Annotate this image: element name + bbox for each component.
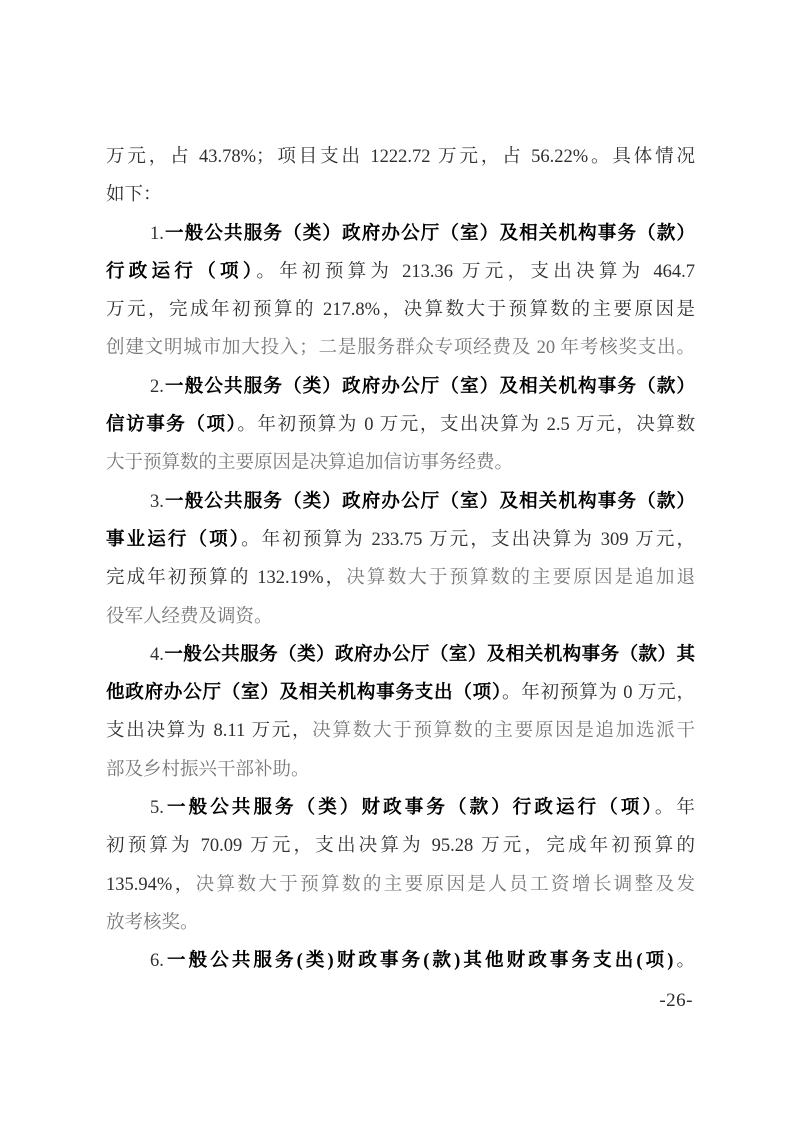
paragraph-item-5: 5.一般公共服务（类）财政事务（款）行政运行（项）。年初预算为 70.09 万元…: [106, 789, 695, 942]
paragraph-item-2: 2.一般公共服务（类）政府办公厅（室）及相关机构事务（款）信访事务（项）。年初预…: [106, 368, 695, 483]
text-run: 4.: [150, 645, 164, 665]
text-run: 6.: [150, 951, 164, 971]
text-line: 信访事务（项）。年初预算为 0 万元，支出决算为 2.5 万元，决算数: [106, 406, 695, 444]
heading-run: 一般公共服务（类）政府办公厅（室）及相关机构事务（款）: [164, 377, 695, 397]
document-page: 万元，占 43.78%；项目支出 1222.72 万元，占 56.22%。具体情…: [0, 0, 793, 1122]
heading-run: 一般公共服务(类)财政事务(款)其他财政事务支出(项): [164, 951, 674, 971]
text-run: 3.: [150, 492, 164, 512]
heading-run: 行政运行（项）: [106, 262, 256, 282]
text-line: 初预算为 70.09 万元，支出决算为 95.28 万元，完成年初预算的: [106, 827, 695, 865]
paragraph-item-1: 1.一般公共服务（类）政府办公厅（室）及相关机构事务（款）行政运行（项）。年初预…: [106, 215, 695, 368]
text-line: 大于预算数的主要原因是决算追加信访事务经费。: [106, 444, 695, 482]
text-run: 5.: [150, 798, 164, 818]
text-line: 2.一般公共服务（类）政府办公厅（室）及相关机构事务（款）: [106, 368, 695, 406]
heading-run: 一般公共服务（类）财政事务（款）行政运行（项）: [164, 798, 655, 818]
text-run: 。年初预算为 213.36 万元，支出决算为 464.7: [256, 262, 695, 282]
heading-run: 一般公共服务（类）政府办公厅（室）及相关机构事务（款）: [164, 224, 695, 244]
text-line: 5.一般公共服务（类）财政事务（款）行政运行（项）。年: [106, 789, 695, 827]
text-run: 1.: [150, 224, 164, 244]
text-run: 支出决算为 8.11 万元，: [106, 721, 312, 741]
text-run: 决算数大于预算数的主要原因是追加退: [346, 568, 695, 588]
text-line: 创建文明城市加大投入；二是服务群众专项经费及 20 年考核奖支出。: [106, 329, 695, 367]
paragraph-continuation: 万元，占 43.78%；项目支出 1222.72 万元，占 56.22%。具体情…: [106, 138, 695, 215]
text-run: 创建文明城市加大投入；二是服务群众专项经费及 20 年考核奖支出。: [106, 338, 695, 358]
text-line: 放考核奖。: [106, 904, 695, 942]
text-line: 万元，占 43.78%；项目支出 1222.72 万元，占 56.22%。具体情…: [106, 138, 695, 176]
text-line: 他政府办公厅（室）及相关机构事务支出（项）。年初预算为 0 万元，: [106, 674, 695, 712]
text-run: 。年初预算为 0 万元，支出决算为 2.5 万元，决算数: [237, 415, 695, 435]
text-line: 支出决算为 8.11 万元，决算数大于预算数的主要原因是追加选派干: [106, 712, 695, 750]
text-run: 决算数大于预算数的主要原因是人员工资增长调整及发: [196, 875, 695, 895]
text-run: 放考核奖。: [106, 913, 199, 933]
page-number: -26-: [659, 988, 693, 1014]
text-run: 。年初预算为 0 万元，: [502, 683, 695, 703]
text-run: 2.: [150, 377, 164, 397]
text-run: 初预算为 70.09 万元，支出决算为 95.28 万元，完成年初预算的: [106, 836, 695, 856]
text-run: 135.94%，: [106, 875, 196, 895]
paragraph-item-4: 4.一般公共服务（类）政府办公厅（室）及相关机构事务（款）其他政府办公厅（室）及…: [106, 636, 695, 789]
text-run: 完成年初预算的 132.19%，: [106, 568, 346, 588]
heading-run: 事业运行（项）: [106, 530, 241, 550]
heading-run: 他政府办公厅（室）及相关机构事务支出（项）: [106, 683, 502, 703]
text-line: 役军人经费及调资。: [106, 598, 695, 636]
text-line: 部及乡村振兴干部补助。: [106, 751, 695, 789]
text-run: 万元，完成年初预算的 217.8%，决算数大于预算数的主要原因是: [106, 300, 695, 320]
text-run: 大于预算数的主要原因是决算追加信访事务经费。: [106, 453, 513, 473]
heading-run: 一般公共服务（类）政府办公厅（室）及相关机构事务（款）其: [164, 645, 695, 665]
text-run: 。年: [655, 798, 695, 818]
paragraph-item-6: 6.一般公共服务(类)财政事务(款)其他财政事务支出(项)。: [106, 942, 695, 980]
text-run: 万元，占 43.78%；项目支出 1222.72 万元，占 56.22%。具体情…: [106, 147, 695, 167]
text-line: 4.一般公共服务（类）政府办公厅（室）及相关机构事务（款）其: [106, 636, 695, 674]
text-line: 1.一般公共服务（类）政府办公厅（室）及相关机构事务（款）: [106, 215, 695, 253]
text-line: 如下：: [106, 176, 695, 214]
paragraph-item-3: 3.一般公共服务（类）政府办公厅（室）及相关机构事务（款）事业运行（项）。年初预…: [106, 483, 695, 636]
text-line: 135.94%，决算数大于预算数的主要原因是人员工资增长调整及发: [106, 866, 695, 904]
text-line: 事业运行（项）。年初预算为 233.75 万元，支出决算为 309 万元，: [106, 521, 695, 559]
document-content: 万元，占 43.78%；项目支出 1222.72 万元，占 56.22%。具体情…: [106, 138, 695, 981]
text-line: 行政运行（项）。年初预算为 213.36 万元，支出决算为 464.7: [106, 253, 695, 291]
text-run: 。年初预算为 233.75 万元，支出决算为 309 万元，: [241, 530, 695, 550]
text-run: 部及乡村振兴干部补助。: [106, 760, 310, 780]
text-run: 如下：: [106, 185, 162, 205]
text-run: 役军人经费及调资。: [106, 607, 273, 627]
text-line: 3.一般公共服务（类）政府办公厅（室）及相关机构事务（款）: [106, 483, 695, 521]
text-run: 。: [673, 951, 695, 971]
heading-run: 信访事务（项）: [106, 415, 237, 435]
text-run: 决算数大于预算数的主要原因是追加选派干: [312, 721, 695, 741]
text-line: 6.一般公共服务(类)财政事务(款)其他财政事务支出(项)。: [106, 942, 695, 980]
heading-run: 一般公共服务（类）政府办公厅（室）及相关机构事务（款）: [164, 492, 695, 512]
text-line: 万元，完成年初预算的 217.8%，决算数大于预算数的主要原因是: [106, 291, 695, 329]
text-line: 完成年初预算的 132.19%，决算数大于预算数的主要原因是追加退: [106, 559, 695, 597]
